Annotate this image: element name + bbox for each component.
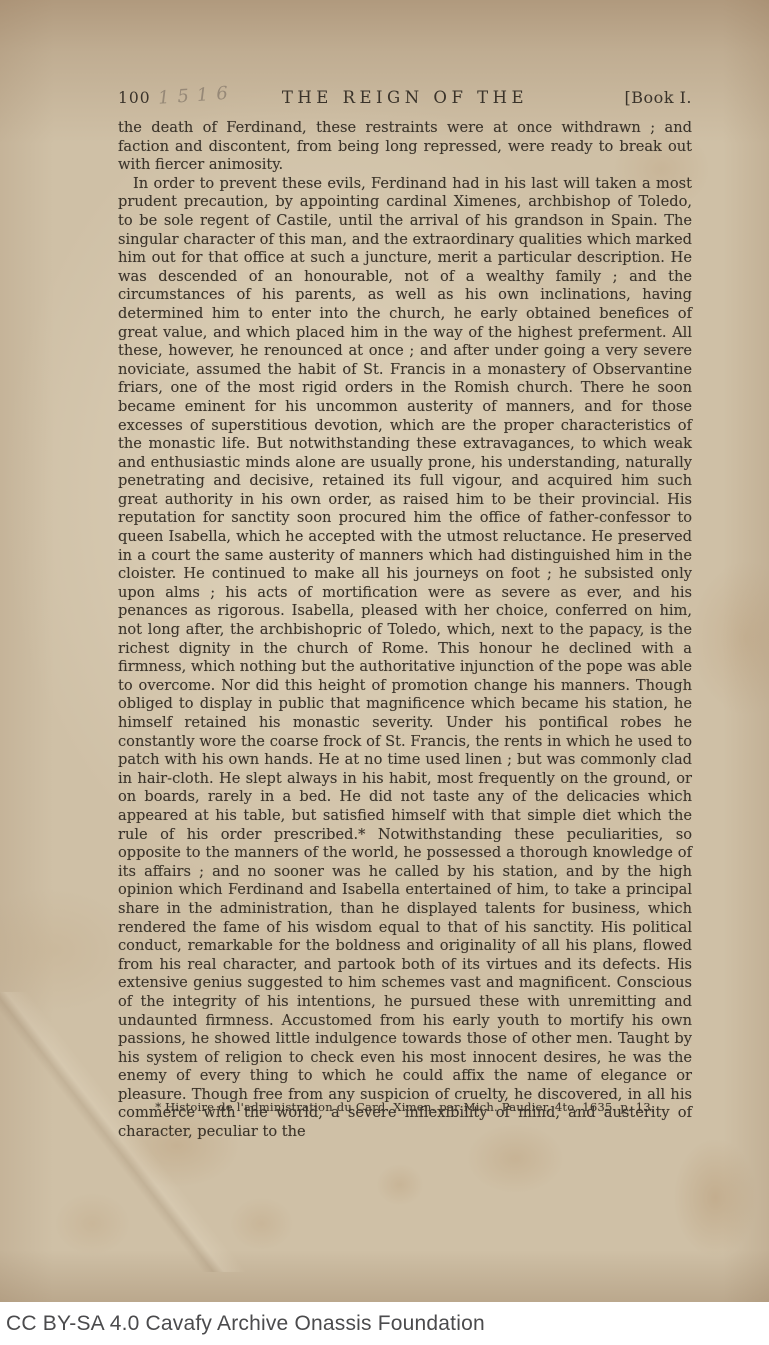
paragraph-continuation: the death of Ferdinand, these restraints… bbox=[118, 119, 692, 175]
footnote: * Histoire de l'administration du Card. … bbox=[118, 1100, 692, 1114]
running-title: THE REIGN OF THE bbox=[118, 88, 692, 107]
license-attribution-bar: CC BY-SA 4.0 Cavafy Archive Onassis Foun… bbox=[0, 1302, 769, 1345]
book-label: [Book I. bbox=[625, 88, 692, 107]
body-text: the death of Ferdinand, these restraints… bbox=[118, 119, 692, 1142]
page-header: 100 1516 THE REIGN OF THE [Book I. bbox=[118, 88, 692, 108]
license-attribution-text: CC BY-SA 4.0 Cavafy Archive Onassis Foun… bbox=[0, 1312, 485, 1336]
scanned-book-page: 100 1516 THE REIGN OF THE [Book I. the d… bbox=[0, 0, 769, 1302]
paragraph-ximenes: In order to prevent these evils, Ferdina… bbox=[118, 175, 692, 1142]
